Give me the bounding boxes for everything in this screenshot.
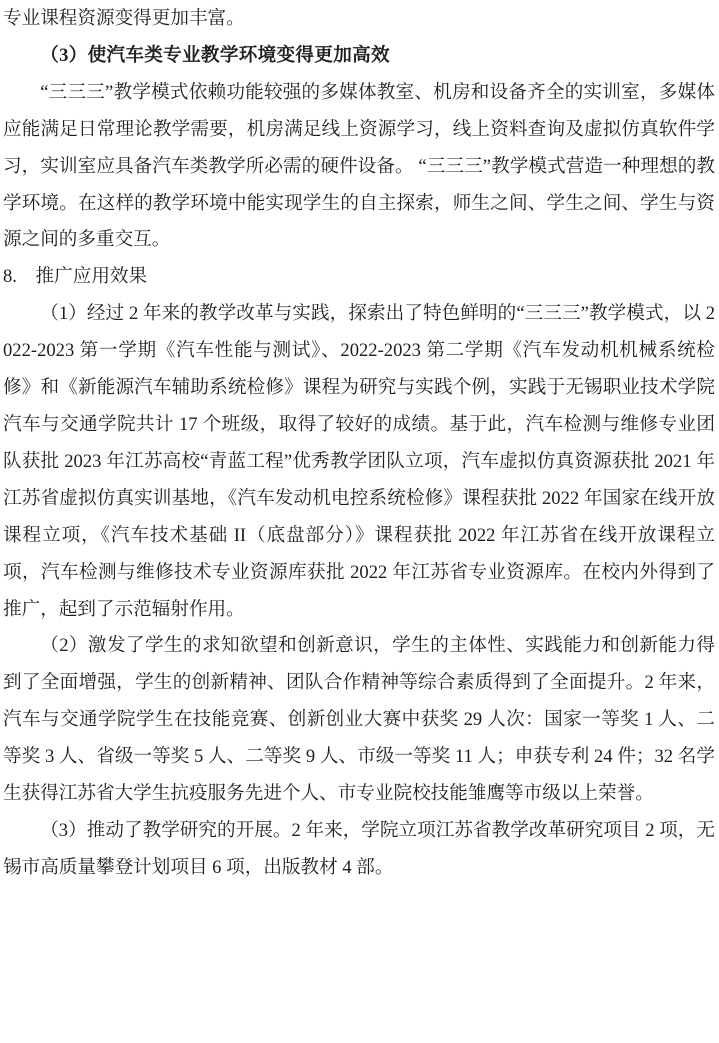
paragraph-teaching-environment: “三三三”教学模式依赖功能较强的多媒体教室、机房和设备齐全的实训室，多媒体应能满… <box>3 75 715 260</box>
document-page: 专业课程资源变得更加丰富。 （3）使汽车类专业教学环境变得更加高效 “三三三”教… <box>0 0 719 1043</box>
subsection-heading-3: （3）使汽车类专业教学环境变得更加高效 <box>3 38 715 75</box>
paragraph-result-1: （1）经过 2 年来的教学改革与实践，探索出了特色鲜明的“三三三”教学模式，以 … <box>3 296 715 628</box>
section-8-heading: 8. 推广应用效果 <box>3 259 715 296</box>
continuation-paragraph-line: 专业课程资源变得更加丰富。 <box>3 1 715 38</box>
paragraph-result-3: （3）推动了教学研究的开展。2 年来，学院立项江苏省教学改革研究项目 2 项，无… <box>3 813 715 887</box>
paragraph-result-2: （2）激发了学生的求知欲望和创新意识，学生的主体性、实践能力和创新能力得到了全面… <box>3 628 715 813</box>
